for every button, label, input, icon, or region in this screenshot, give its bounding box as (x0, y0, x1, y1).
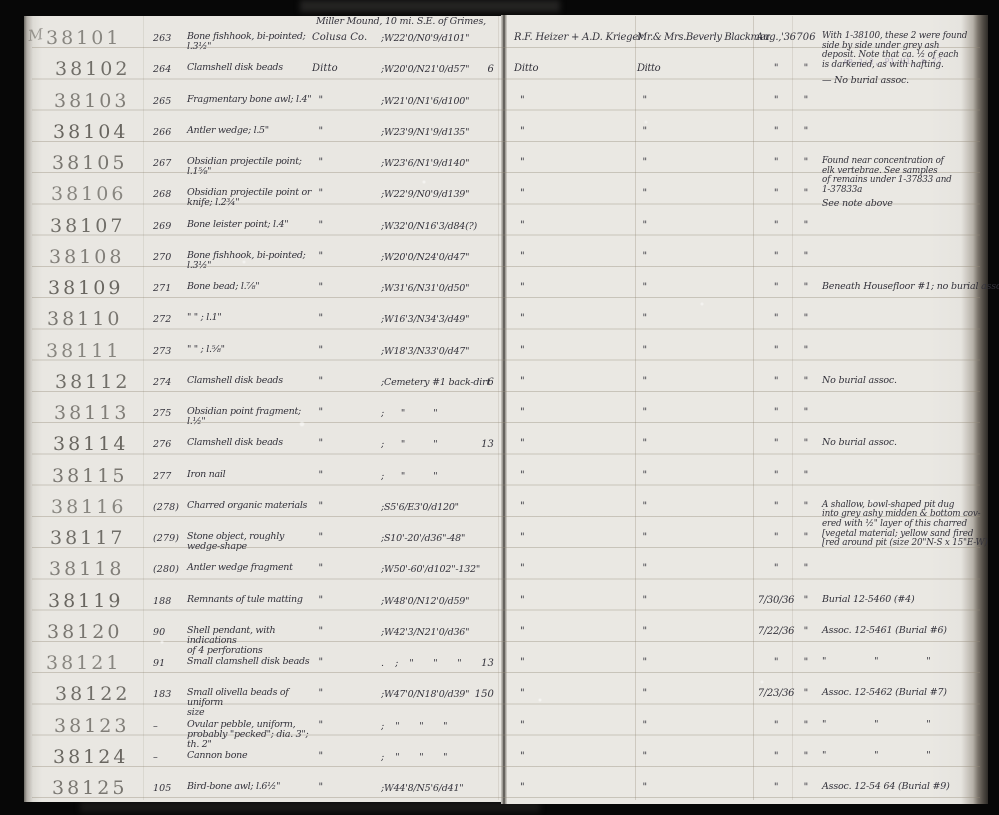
accession-number: " (794, 782, 818, 793)
ledger-row: 38107269Bone leister point; l.4" ";W32'0… (0, 217, 999, 248)
locality: " (312, 376, 380, 387)
description: Ovular pebble, uniform, probably "pecked… (187, 720, 319, 750)
date: " (755, 407, 797, 418)
specimen-number: 268 (153, 189, 185, 200)
donor: " (637, 188, 755, 199)
specimen-number: 91 (153, 658, 185, 669)
date: " (755, 95, 797, 106)
count: 13 (464, 658, 494, 669)
remarks: " " " (822, 720, 990, 731)
specimen-number: – (153, 721, 185, 732)
date: Aug.,'36 (755, 32, 797, 43)
remarks: Beneath Housefloor #1; no burial assoc. (822, 282, 990, 293)
donor: " (637, 313, 755, 324)
description: Small clamshell disk beads (187, 657, 319, 667)
specimen-number: 275 (153, 408, 185, 419)
accession-number: " (794, 313, 818, 324)
collector: " (514, 720, 636, 731)
specimen-number: 271 (153, 283, 185, 294)
locality: " (312, 220, 380, 231)
catalog-number: 38102 (55, 58, 155, 80)
locality: " (312, 157, 380, 168)
catalog-number: 38119 (48, 590, 148, 612)
collector: " (514, 563, 636, 574)
description: Obsidian projectile point or knife; l.2¾… (187, 188, 319, 208)
donor: " (637, 95, 755, 106)
description: Fragmentary bone awl; l.4" (187, 95, 319, 105)
collector: " (514, 407, 636, 418)
description: Clamshell disk beads (187, 63, 319, 73)
date: " (755, 345, 797, 356)
accession-number: " (794, 720, 818, 731)
ledger-row: 38116(278)Charred organic materials ";S5… (0, 498, 999, 529)
collector: " (514, 688, 636, 699)
date: " (755, 376, 797, 387)
catalog-number: 38111 (46, 340, 146, 362)
date: " (755, 188, 797, 199)
catalog-number: 38113 (54, 402, 154, 424)
locality: " (312, 251, 380, 262)
catalog-number: 38114 (53, 433, 153, 455)
accession-number: " (794, 251, 818, 262)
position: ;S10'-20'/d36"-48" (381, 533, 485, 544)
collector: " (514, 470, 636, 481)
donor: " (637, 470, 755, 481)
position: ;W23'9/N1'9/d135" (381, 127, 485, 138)
specimen-number: (280) (153, 564, 185, 575)
ledger-rows: 38101263Bone fishhook, bi-pointed; l.3½"… (0, 0, 999, 815)
date: " (755, 313, 797, 324)
accession-number: " (794, 688, 818, 699)
specimen-number: 270 (153, 252, 185, 263)
accession-number: " (794, 95, 818, 106)
position: ; " " " (381, 721, 485, 732)
accession-number: " (794, 345, 818, 356)
description: Iron nail (187, 470, 319, 480)
catalog-number: 38118 (49, 558, 149, 580)
specimen-number: 90 (153, 627, 185, 638)
donor: " (637, 782, 755, 793)
donor: " (637, 720, 755, 731)
accession-number: " (794, 126, 818, 137)
donor: " (637, 751, 755, 762)
donor: " (637, 438, 755, 449)
specimen-number: (278) (153, 502, 185, 513)
description: Small olivella beads of uniform size (187, 688, 319, 718)
locality: " (312, 657, 380, 668)
date: " (755, 251, 797, 262)
date: 7/22/36 (755, 626, 797, 637)
date: " (755, 220, 797, 231)
remarks: Assoc. 12-54 64 (Burial #9) (822, 782, 990, 793)
ledger-row: 38115277Iron nail "; " " " """ (0, 467, 999, 498)
locality: " (312, 470, 380, 481)
donor: " (637, 220, 755, 231)
catalog-number: 38117 (50, 527, 150, 549)
donor: " (637, 501, 755, 512)
donor: " (637, 282, 755, 293)
description: Stone object, roughly wedge-shape (187, 532, 319, 552)
position: ;W50'-60'/d102"-132" (381, 564, 485, 575)
catalog-number: 38122 (55, 683, 155, 705)
locality: " (312, 188, 380, 199)
donor: " (637, 626, 755, 637)
catalog-number: 38115 (52, 465, 152, 487)
position: ;W32'0/N16'3/d84(?) (381, 221, 485, 232)
specimen-number: 276 (153, 439, 185, 450)
catalog-number: 38121 (46, 652, 146, 674)
ledger-row: 38108270Bone fishhook, bi-pointed; l.3½"… (0, 248, 999, 279)
accession-number: " (794, 220, 818, 231)
remarks: " " " (822, 657, 990, 668)
position: ;W42'3/N21'0/d36" (381, 627, 485, 638)
donor: " (637, 563, 755, 574)
accession-number: " (794, 376, 818, 387)
date: 7/30/36 (755, 595, 797, 606)
collector: " (514, 345, 636, 356)
date: " (755, 720, 797, 731)
specimen-number: 263 (153, 33, 185, 44)
donor: " (637, 532, 755, 543)
count: 6 (464, 377, 494, 388)
locality: " (312, 95, 380, 106)
ledger-row: 38109271Bone bead; l.⅞" ";W31'6/N31'0/d5… (0, 279, 999, 310)
collector: " (514, 595, 636, 606)
position: ;W16'3/N34'3/d49" (381, 314, 485, 325)
position: ; " " (381, 471, 485, 482)
accession-number: " (794, 63, 818, 74)
locality: " (312, 563, 380, 574)
collector: " (514, 782, 636, 793)
collector: " (514, 126, 636, 137)
specimen-number: 264 (153, 64, 185, 75)
catalog-number: 38103 (54, 90, 154, 112)
description: Bone fishhook, bi-pointed; l.3½" (187, 251, 319, 271)
position: ;W20'0/N24'0/d47" (381, 252, 485, 263)
locality: Ditto (312, 63, 380, 74)
date: " (755, 63, 797, 74)
remarks: See note above (822, 199, 990, 210)
ledger-row: 38102264Clamshell disk beadsDitto;W20'0/… (0, 60, 999, 91)
count: 13 (464, 439, 494, 450)
position: ;W21'0/N1'6/d100" (381, 96, 485, 107)
donor: " (637, 407, 755, 418)
description: " " ; l.⅝" (187, 345, 319, 355)
catalog-number: 38123 (54, 715, 154, 737)
count: 6 (464, 64, 494, 75)
ledger-row: 38114276Clamshell disk beads "; " "13 " … (0, 435, 999, 466)
remarks: No burial assoc. (822, 376, 990, 387)
locality: " (312, 688, 380, 699)
remarks: No burial assoc. (822, 438, 990, 449)
catalog-number: 38107 (50, 215, 150, 237)
ledger-row: 38103265Fragmentary bone awl; l.4" ";W21… (0, 92, 999, 123)
position: ;W22'9/N0'9/d139" (381, 189, 485, 200)
accession-number: " (794, 501, 818, 512)
locality: " (312, 626, 380, 637)
locality: " (312, 407, 380, 418)
collector: " (514, 751, 636, 762)
description: " " ; l.1" (187, 313, 319, 323)
collector: " (514, 282, 636, 293)
ledger-row: 38110272" " ; l.1" ";W16'3/N34'3/d49" " … (0, 310, 999, 341)
collector: " (514, 501, 636, 512)
accession-number: " (794, 157, 818, 168)
collector: " (514, 438, 636, 449)
position: ;W18'3/N33'0/d47" (381, 346, 485, 357)
catalog-number: 38124 (53, 746, 153, 768)
donor: " (637, 157, 755, 168)
catalog-number: 38125 (52, 777, 152, 799)
description: Bone fishhook, bi-pointed; l.3½" (187, 32, 319, 52)
accession-number: 706 (794, 32, 818, 43)
description: Charred organic materials (187, 501, 319, 511)
catalog-number: 38116 (51, 496, 151, 518)
specimen-number: 266 (153, 127, 185, 138)
date: " (755, 438, 797, 449)
collector: " (514, 626, 636, 637)
accession-number: " (794, 595, 818, 606)
specimen-number: 274 (153, 377, 185, 388)
description: Obsidian projectile point; l.1⅝" (187, 157, 319, 177)
catalog-number: 38112 (55, 371, 155, 393)
ledger-row: 38112274Clamshell disk beads ";Cemetery … (0, 373, 999, 404)
description: Bird-bone awl; l.6½" (187, 782, 319, 792)
ledger-row: 38117(279)Stone object, roughly wedge-sh… (0, 529, 999, 560)
collector: " (514, 157, 636, 168)
collector: " (514, 313, 636, 324)
description: Obsidian point fragment; l.½" (187, 407, 319, 427)
collector: " (514, 251, 636, 262)
locality: " (312, 501, 380, 512)
remarks: " " " (822, 751, 990, 762)
accession-number: " (794, 188, 818, 199)
date: 7/23/36 (755, 688, 797, 699)
collector: R.F. Heizer + A.D. Krieger (514, 32, 636, 43)
date: " (755, 282, 797, 293)
specimen-number: 188 (153, 596, 185, 607)
donor: " (637, 251, 755, 262)
catalog-number: 38108 (49, 246, 149, 268)
description: Bone bead; l.⅞" (187, 282, 319, 292)
accession-number: " (794, 438, 818, 449)
accession-number: " (794, 532, 818, 543)
donor: " (637, 657, 755, 668)
collector: " (514, 188, 636, 199)
description: Bone leister point; l.4" (187, 220, 319, 230)
position: ;W31'6/N31'0/d50" (381, 283, 485, 294)
date: " (755, 470, 797, 481)
catalog-number: 38104 (53, 121, 153, 143)
donor: " (637, 376, 755, 387)
specimen-number: 105 (153, 783, 185, 794)
locality: " (312, 313, 380, 324)
date: " (755, 782, 797, 793)
specimen-number: 272 (153, 314, 185, 325)
ledger-row: 3812090Shell pendant, with indications o… (0, 623, 999, 654)
ledger-row: 38122183Small olivella beads of uniform … (0, 685, 999, 716)
description: Antler wedge; l.5" (187, 126, 319, 136)
accession-number: " (794, 657, 818, 668)
ledger-row: 38101263Bone fishhook, bi-pointed; l.3½"… (0, 29, 999, 60)
description: Remnants of tule matting (187, 595, 319, 605)
remarks: — No burial assoc. (822, 76, 990, 87)
date: " (755, 532, 797, 543)
specimen-number: 183 (153, 689, 185, 700)
locality: " (312, 438, 380, 449)
description: Clamshell disk beads (187, 376, 319, 386)
locality: " (312, 720, 380, 731)
ledger-row: 38106268Obsidian projectile point or kni… (0, 185, 999, 216)
accession-number: " (794, 407, 818, 418)
locality: " (312, 782, 380, 793)
specimen-number: 273 (153, 346, 185, 357)
locality: " (312, 126, 380, 137)
locality: " (312, 282, 380, 293)
specimen-number: 277 (153, 471, 185, 482)
accession-number: " (794, 626, 818, 637)
ledger-row: 38118(280)Antler wedge fragment ";W50'-6… (0, 560, 999, 591)
locality: " (312, 345, 380, 356)
collector: " (514, 376, 636, 387)
accession-number: " (794, 563, 818, 574)
ledger-row: 38111273" " ; l.⅝" ";W18'3/N33'0/d47" " … (0, 342, 999, 373)
locality: Colusa Co. (312, 32, 380, 43)
ledger-row: 38113275Obsidian point fragment; l.½" ";… (0, 404, 999, 435)
date: " (755, 657, 797, 668)
specimen-number: (279) (153, 533, 185, 544)
donor: " (637, 688, 755, 699)
accession-number: " (794, 470, 818, 481)
ledger-row: 38104266Antler wedge; l.5" ";W23'9/N1'9/… (0, 123, 999, 154)
collector: " (514, 95, 636, 106)
collector: " (514, 220, 636, 231)
ledger-row: 38125105Bird-bone awl; l.6½" ";W44'8/N5'… (0, 779, 999, 810)
catalog-number: 38120 (47, 621, 147, 643)
date: " (755, 501, 797, 512)
position: ;S5'6/E3'0/d120" (381, 502, 485, 513)
specimen-number: – (153, 752, 185, 763)
date: " (755, 563, 797, 574)
position: ; " " " (381, 752, 485, 763)
ledger-row: 38123–Ovular pebble, uniform, probably "… (0, 717, 999, 748)
catalog-number: 38105 (52, 152, 152, 174)
catalog-number: 38109 (48, 277, 148, 299)
catalog-number: 38106 (51, 183, 151, 205)
ledger-row: 38124–Cannon bone "; " " " " """" " " (0, 748, 999, 779)
position: ;W23'6/N1'9/d140" (381, 158, 485, 169)
ledger-row: 3812191Small clamshell disk beads ". ; "… (0, 654, 999, 685)
date: " (755, 751, 797, 762)
donor: Mr.& Mrs.Beverly Blackmer (637, 32, 755, 43)
locality: " (312, 532, 380, 543)
position: ;W48'0/N12'0/d59" (381, 596, 485, 607)
position: ;W22'0/N0'9/d101" (381, 33, 485, 44)
donor: " (637, 345, 755, 356)
accession-number: " (794, 282, 818, 293)
remarks: Assoc. 12-5461 (Burial #6) (822, 626, 990, 637)
description: Antler wedge fragment (187, 563, 319, 573)
specimen-number: 267 (153, 158, 185, 169)
collector: Ditto (514, 63, 636, 74)
specimen-number: 269 (153, 221, 185, 232)
accession-number: " (794, 751, 818, 762)
count: 150 (464, 689, 494, 700)
specimen-number: 265 (153, 96, 185, 107)
catalog-number: 38101 (46, 27, 146, 49)
scanned-ledger-page: Miller Mound, 10 mi. S.E. of Grimes, M A… (0, 0, 999, 815)
locality: " (312, 751, 380, 762)
date: " (755, 157, 797, 168)
donor: Ditto (637, 63, 755, 74)
date: " (755, 126, 797, 137)
description: Clamshell disk beads (187, 438, 319, 448)
position: ;W44'8/N5'6/d41" (381, 783, 485, 794)
collector: " (514, 532, 636, 543)
ledger-row: 38105267Obsidian projectile point; l.1⅝"… (0, 154, 999, 185)
description: Shell pendant, with indications of 4 per… (187, 626, 319, 656)
donor: " (637, 126, 755, 137)
remarks: Assoc. 12-5462 (Burial #7) (822, 688, 990, 699)
donor: " (637, 595, 755, 606)
ledger-row: 38119188Remnants of tule matting ";W48'0… (0, 592, 999, 623)
collector: " (514, 657, 636, 668)
catalog-number: 38110 (47, 308, 147, 330)
remarks: Burial 12-5460 (#4) (822, 595, 990, 606)
position: ; " " (381, 408, 485, 419)
locality: " (312, 595, 380, 606)
description: Cannon bone (187, 751, 319, 761)
